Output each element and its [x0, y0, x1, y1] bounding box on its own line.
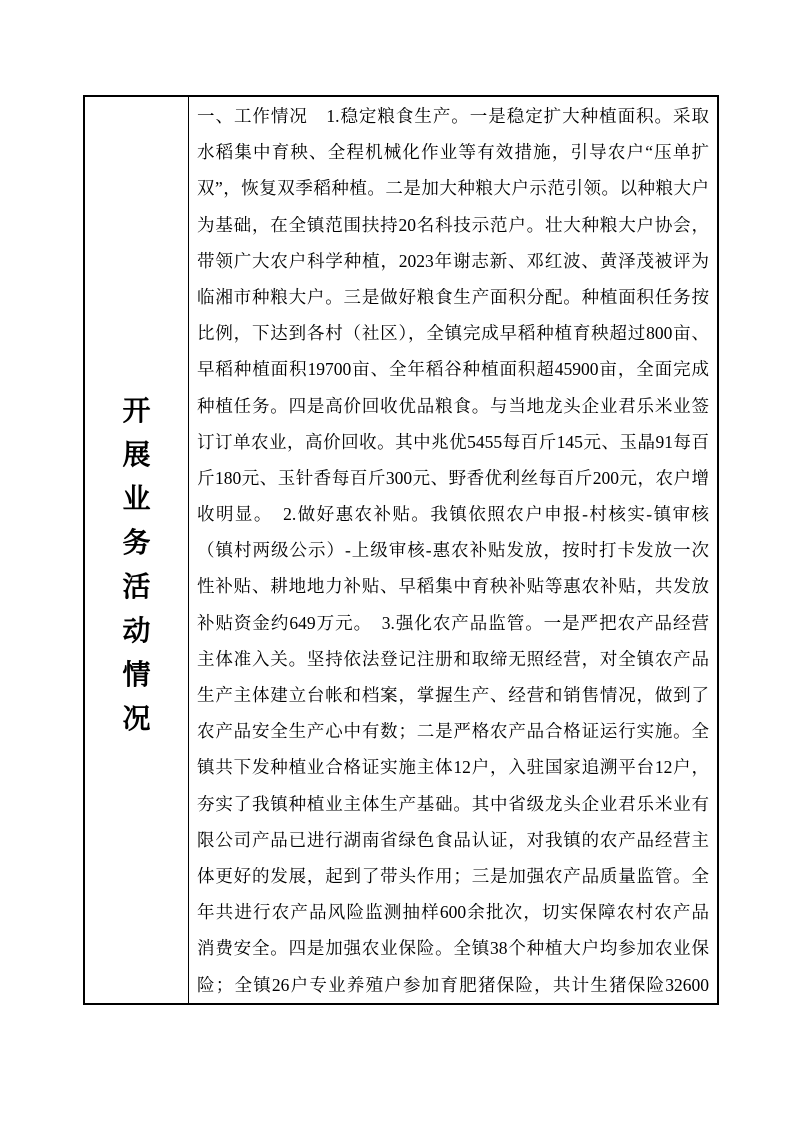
vertical-label-char: 务: [122, 530, 150, 558]
text-line: 双”，恢复双季稻种植。二是加大种粮大户示范引领。以种粮大户: [197, 170, 709, 206]
text-line: 早稻种植面积19700亩、全年稻谷种植面积超45900亩，全面完成: [197, 351, 709, 387]
text-line: 水稻集中育秧、全程机械化作业等有效措施，引导农户“压单扩: [197, 134, 709, 170]
text-line: 收明显。 2.做好惠农补贴。我镇依照农户申报-村核实-镇审核: [197, 496, 709, 532]
vertical-label-char: 况: [122, 706, 150, 734]
content-cell: 一、工作情况 1.稳定粮食生产。一是稳定扩大种植面积。采取 水稻集中育秧、全程机…: [189, 97, 717, 1003]
activity-table: 开 展 业 务 活 动 情 况 一、工作情况 1.稳定粮食生产。一是稳定扩大种植…: [83, 95, 719, 1005]
vertical-label-char: 动: [122, 618, 150, 646]
text-line: 农产品安全生产心中有数；二是严格农产品合格证运行实施。全: [197, 713, 709, 749]
text-line: 带领广大农户科学种植，2023年谢志新、邓红波、黄泽茂被评为: [197, 243, 709, 279]
text-line: 镇共下发种植业合格证实施主体12户，入驻国家追溯平台12户，: [197, 749, 709, 785]
vertical-label-char: 业: [122, 486, 150, 514]
text-line: 夯实了我镇种植业主体生产基础。其中省级龙头企业君乐米业有: [197, 786, 709, 822]
vertical-label-char: 活: [122, 574, 150, 602]
text-line: （镇村两级公示）-上级审核-惠农补贴发放，按时打卡发放一次: [197, 532, 709, 568]
text-line: 年共进行农产品风险监测抽样600余批次，切实保障农村农产品: [197, 894, 709, 930]
text-line: 为基础，在全镇范围扶持20名科技示范户。壮大种粮大户协会，: [197, 207, 709, 243]
text-line: 险；全镇26户专业养殖户参加育肥猪保险，共计生猪保险32600: [197, 967, 709, 1003]
text-line: 比例，下达到各村（社区），全镇完成早稻种植育秧超过800亩、: [197, 315, 709, 351]
text-line: 体更好的发展，起到了带头作用；三是加强农产品质量监管。全: [197, 858, 709, 894]
text-line: 订订单农业，高价回收。其中兆优5455每百斤145元、玉晶91每百: [197, 424, 709, 460]
text-line: 斤180元、玉针香每百斤300元、野香优利丝每百斤200元，农户增: [197, 460, 709, 496]
document-page: 开 展 业 务 活 动 情 况 一、工作情况 1.稳定粮食生产。一是稳定扩大种植…: [0, 0, 794, 1122]
text-line: 补贴资金约649万元。 3.强化农产品监管。一是严把农产品经营: [197, 605, 709, 641]
text-line: 限公司产品已进行湖南省绿色食品认证，对我镇的农产品经营主: [197, 822, 709, 858]
text-line: 种植任务。四是高价回收优品粮食。与当地龙头企业君乐米业签: [197, 388, 709, 424]
text-line: 一、工作情况 1.稳定粮食生产。一是稳定扩大种植面积。采取: [197, 98, 709, 134]
vertical-label-char: 情: [122, 662, 150, 690]
text-line: 性补贴、耕地地力补贴、早稻集中育秧补贴等惠农补贴，共发放: [197, 568, 709, 604]
text-line: 生产主体建立台帐和档案，掌握生产、经营和销售情况，做到了: [197, 677, 709, 713]
text-line: 消费安全。四是加强农业保险。全镇38个种植大户均参加农业保: [197, 930, 709, 966]
text-line: 临湘市种粮大户。三是做好粮食生产面积分配。种植面积任务按: [197, 279, 709, 315]
vertical-label-char: 展: [122, 442, 150, 470]
text-line: 主体准入关。坚持依法登记注册和取缔无照经营，对全镇农产品: [197, 641, 709, 677]
row-header-cell: 开 展 业 务 活 动 情 况: [85, 97, 189, 1003]
vertical-label-char: 开: [122, 398, 150, 426]
